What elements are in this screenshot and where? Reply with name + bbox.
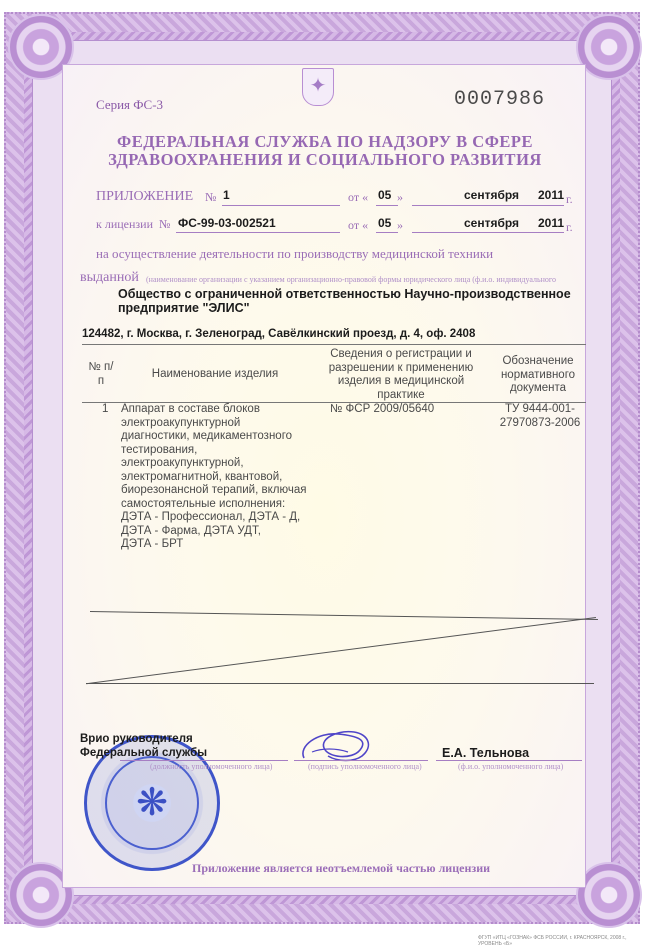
appendix-year-suffix: г. (566, 192, 573, 207)
header-item-name: Наименование изделия (140, 368, 290, 382)
item-name: Аппарат в составе блоков электроакупункт… (121, 403, 321, 552)
item-name-line: ДЭТА - БРТ (121, 538, 321, 552)
position-line-rule (120, 760, 288, 761)
license-number: ФС-99-03-002521 (178, 216, 276, 230)
appendix-close-quote: » (397, 190, 403, 205)
appendix-from-label: от « (348, 190, 368, 205)
header-no: № п/п (88, 361, 114, 388)
license-label: к лицензии (96, 217, 153, 232)
printer-imprint: ФГУП «ИТЦ «ГОЗНАК» ФСБ РОССИИ, г. КРАСНО… (478, 935, 650, 947)
appendix-year: 2011 (538, 188, 564, 202)
norm-doc-line: 27970873-2006 (494, 417, 586, 431)
item-name-line: биорезонансной терапий, включая (121, 484, 321, 498)
name-line-rule (436, 760, 582, 761)
signatory-name: Е.А. Тельнова (442, 746, 529, 760)
registration-number: № ФСР 2009/05640 (330, 403, 434, 417)
header-norm-doc: Обозначение нормативного документа (494, 355, 582, 396)
organization-address: 124482, г. Москва, г. Зеленоград, Савёлк… (82, 328, 475, 340)
series-label: Серия ФС-3 (96, 97, 163, 113)
handwritten-signature (298, 728, 378, 764)
item-name-line: электроакупунктурной (121, 417, 321, 431)
norm-doc-line: ТУ 9444-001- (494, 403, 586, 417)
signature-line-rule (294, 760, 428, 761)
form-number: 0007986 (454, 88, 545, 111)
position-line: Врио руководителя (80, 732, 207, 746)
license-day: 05 (378, 216, 391, 230)
appendix-number: 1 (223, 188, 230, 202)
coat-of-arms-icon: ✦ (302, 68, 334, 106)
norm-doc: ТУ 9444-001- 27970873-2006 (494, 403, 586, 430)
item-name-line: диагностики, медикаментозного (121, 430, 321, 444)
signature-hint: (подпись уполномоченного лица) (308, 762, 422, 771)
appendix-date-line (412, 205, 564, 206)
name-hint: (ф.и.о. уполномоченного лица) (458, 762, 563, 771)
license-no-sign: № (159, 217, 170, 232)
issued-label: выданной (80, 270, 139, 286)
item-name-line: ДЭТА - Профессионал, ДЭТА - Д, (121, 511, 321, 525)
header-registration: Сведения о регистрации и разрешении к пр… (322, 348, 480, 402)
footer-note: Приложение является неотъемлемой частью … (192, 861, 490, 876)
item-name-line: электроакупунктурной, (121, 457, 321, 471)
appendix-number-line (222, 205, 340, 206)
row-number: 1 (102, 403, 108, 417)
appendix-day: 05 (378, 188, 391, 202)
item-name-line: электромагнитной, квантовой, (121, 471, 321, 485)
agency-title-line1: ФЕДЕРАЛЬНАЯ СЛУЖБА ПО НАДЗОРУ В СФЕРЕ (70, 132, 580, 152)
appendix-day-line (376, 205, 398, 206)
license-year: 2011 (538, 216, 564, 230)
activity-text: на осуществление деятельности по произво… (96, 246, 493, 262)
appendix-month: сентября (464, 188, 519, 202)
table-top-rule (82, 344, 586, 345)
license-number-line (176, 232, 340, 233)
strike-line-bottom (86, 683, 594, 684)
position-hint: (должность уполномоченного лица) (150, 762, 272, 771)
license-month: сентября (464, 216, 519, 230)
item-name-line: ДЭТА - Фарма, ДЭТА УДТ, (121, 525, 321, 539)
item-name-line: тестирования, (121, 444, 321, 458)
appendix-label: ПРИЛОЖЕНИЕ (96, 189, 193, 205)
appendix-no-sign: № (205, 190, 216, 205)
license-from-label: от « (348, 218, 368, 233)
license-day-line (376, 232, 398, 233)
organization-name: Общество с ограниченной ответственностью… (118, 287, 598, 315)
issued-hint: (наименование организации с указанием ор… (146, 275, 556, 284)
item-name-line: самостоятельные исполнения: (121, 498, 321, 512)
signatory-position: Врио руководителя Федеральной службы (80, 732, 207, 760)
position-line: Федеральной службы (80, 746, 207, 760)
agency-title-line2: ЗДРАВООХРАНЕНИЯ И СОЦИАЛЬНОГО РАЗВИТИЯ (70, 150, 580, 170)
license-close-quote: » (397, 218, 403, 233)
license-date-line (412, 232, 564, 233)
item-name-line: Аппарат в составе блоков (121, 403, 321, 417)
license-year-suffix: г. (566, 220, 573, 235)
